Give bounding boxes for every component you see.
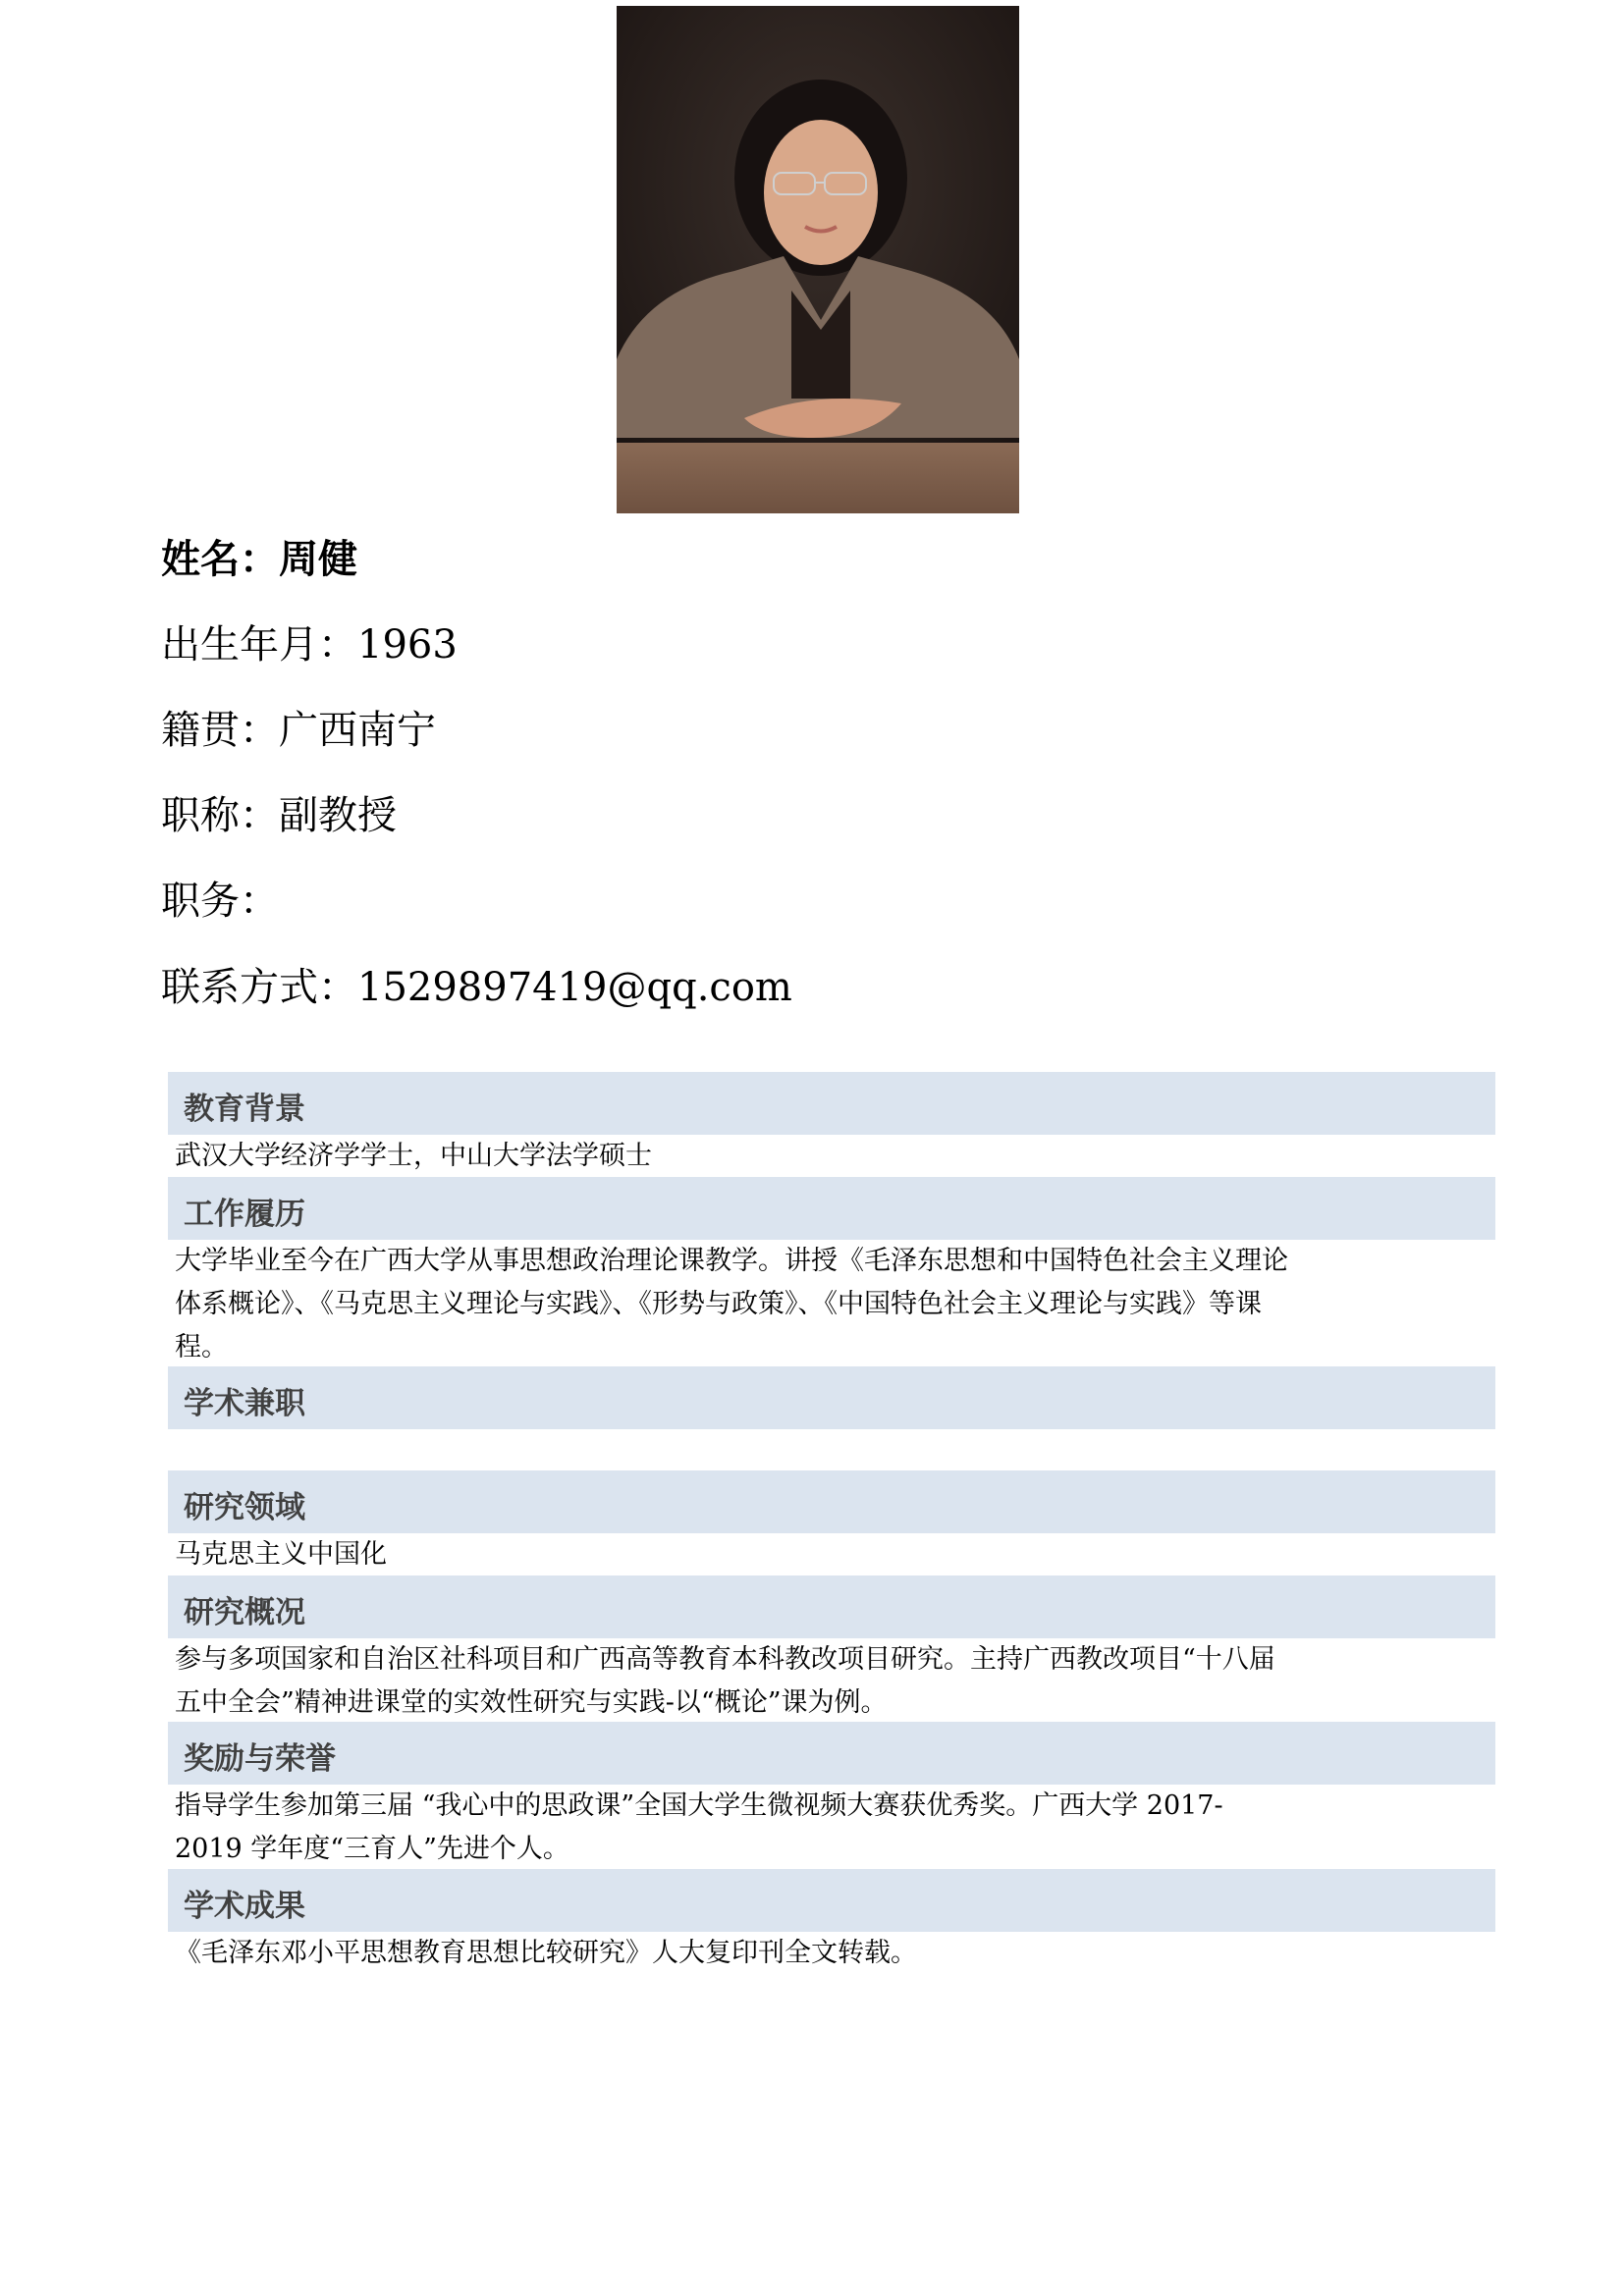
position-label: 职务： (161, 879, 279, 924)
section-header-work-history: 工作履历 (168, 1177, 1495, 1240)
contact-label: 联系方式： (161, 965, 357, 1010)
profile-position: 职务： (161, 878, 279, 925)
body-line: 五中全会”精神进课堂的实效性研究与实践-以“概论”课为例。 (175, 1682, 1402, 1725)
section-title: 工作履历 (184, 1189, 305, 1233)
section-body-research-field: 马克思主义中国化 (175, 1533, 1402, 1576)
profile-contact: 联系方式：1529897419@qq.com (161, 964, 792, 1011)
section-header-awards: 奖励与荣誉 (168, 1722, 1495, 1785)
section-body-research-overview: 参与多项国家和自治区社科项目和广西高等教育本科教改项目研究。主持广西教改项目“十… (175, 1638, 1402, 1725)
profile-origin: 籍贯：广西南宁 (161, 707, 436, 754)
section-header-education: 教育背景 (168, 1072, 1495, 1135)
birth-value: 1963 (357, 622, 458, 667)
title-label: 职称： (161, 793, 279, 838)
section-header-academic-positions: 学术兼职 (168, 1366, 1495, 1429)
section-title: 教育背景 (184, 1084, 305, 1128)
section-body-awards: 指导学生参加第三届 “我心中的思政课”全国大学生微视频大赛获优秀奖。广西大学 2… (175, 1785, 1402, 1871)
section-title: 学术兼职 (184, 1378, 305, 1422)
body-line: 《毛泽东邓小平思想教育思想比较研究》人大复印刊全文转载。 (175, 1932, 1402, 1975)
profile-birth: 出生年月：1963 (161, 621, 458, 668)
section-title: 研究概况 (184, 1587, 305, 1631)
body-line: 程。 (175, 1326, 1402, 1369)
section-header-research-field: 研究领域 (168, 1470, 1495, 1533)
body-line: 马克思主义中国化 (175, 1533, 1402, 1576)
origin-label: 籍贯： (161, 708, 279, 753)
section-title: 学术成果 (184, 1881, 305, 1925)
name-value: 周健 (279, 536, 357, 582)
profile-title: 职称：副教授 (161, 792, 397, 839)
body-line: 大学毕业至今在广西大学从事思想政治理论课教学。讲授《毛泽东思想和中国特色社会主义… (175, 1240, 1402, 1283)
section-body-education: 武汉大学经济学学士，中山大学法学硕士 (175, 1135, 1402, 1178)
section-body-work-history: 大学毕业至今在广西大学从事思想政治理论课教学。讲授《毛泽东思想和中国特色社会主义… (175, 1240, 1402, 1369)
origin-value: 广西南宁 (279, 708, 436, 753)
birth-label: 出生年月： (161, 622, 357, 667)
section-title: 奖励与荣誉 (184, 1734, 336, 1778)
title-value: 副教授 (279, 793, 397, 838)
section-header-research-overview: 研究概况 (168, 1575, 1495, 1638)
portrait-illustration (617, 6, 1019, 513)
portrait-photo (617, 6, 1019, 513)
section-header-publications: 学术成果 (168, 1869, 1495, 1932)
body-line: 体系概论》、《马克思主义理论与实践》、《形势与政策》、《中国特色社会主义理论与实… (175, 1283, 1402, 1326)
section-body-publications: 《毛泽东邓小平思想教育思想比较研究》人大复印刊全文转载。 (175, 1932, 1402, 1975)
name-label: 姓名： (161, 536, 279, 582)
profile-name: 姓名：周健 (161, 536, 357, 583)
body-line: 参与多项国家和自治区社科项目和广西高等教育本科教改项目研究。主持广西教改项目“十… (175, 1638, 1402, 1682)
body-line: 武汉大学经济学学士，中山大学法学硕士 (175, 1135, 1402, 1178)
body-line: 2019 学年度“三育人”先进个人。 (175, 1828, 1402, 1871)
body-line: 指导学生参加第三届 “我心中的思政课”全国大学生微视频大赛获优秀奖。广西大学 2… (175, 1785, 1402, 1828)
contact-email[interactable]: 1529897419@qq.com (357, 965, 792, 1010)
section-title: 研究领域 (184, 1482, 305, 1526)
